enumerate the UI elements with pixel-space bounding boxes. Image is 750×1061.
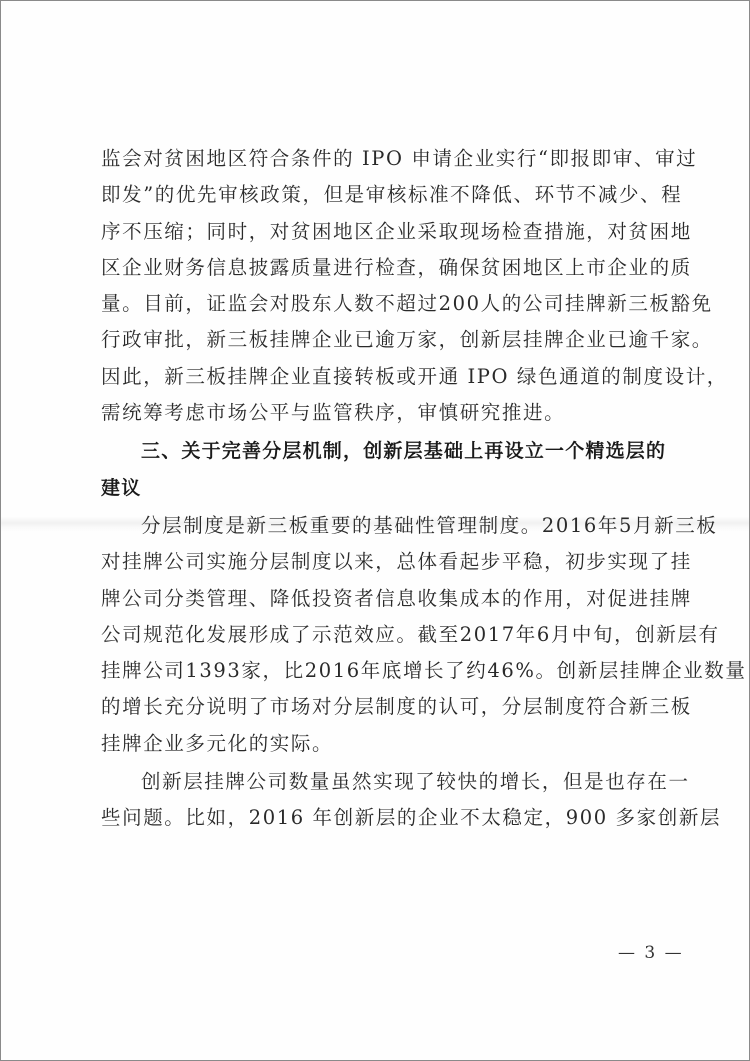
document-body: 监会对贫困地区符合条件的 IPO 申请企业实行“即报即审、审过 即发”的优先审核… [101,141,653,837]
section-heading-line: 三、关于完善分层机制，创新层基础上再设立一个精选层的 [101,433,653,469]
text-line: 挂牌公司1393家，比2016年底增长了约46%。创新层挂牌企业数量 [101,653,653,689]
paragraph-continuation: 监会对贫困地区符合条件的 IPO 申请企业实行“即报即审、审过 即发”的优先审核… [101,141,653,431]
text-line: 牌公司分类管理、降低投资者信息收集成本的作用，对促进挂牌 [101,581,653,617]
text-line: 对挂牌公司实施分层制度以来，总体看起步平稳，初步实现了挂 [101,544,653,580]
text-line: 序不压缩；同时，对贫困地区企业采取现场检查措施，对贫困地 [101,214,653,250]
text-line: 创新层挂牌公司数量虽然实现了较快的增长，但是也存在一 [101,764,653,800]
text-line: 些问题。比如，2016 年创新层的企业不太稳定，900 多家创新层 [101,800,653,836]
paragraph-3: 创新层挂牌公司数量虽然实现了较快的增长，但是也存在一 些问题。比如，2016 年… [101,764,653,837]
text-line: 因此，新三板挂牌企业直接转板或开通 IPO 绿色通道的制度设计， [101,359,653,395]
page-number: — 3 — [618,943,684,963]
section-heading: 三、关于完善分层机制，创新层基础上再设立一个精选层的 建议 [101,433,653,506]
text-line: 监会对贫困地区符合条件的 IPO 申请企业实行“即报即审、审过 [101,141,653,177]
text-line: 分层制度是新三板重要的基础性管理制度。2016年5月新三板 [101,508,653,544]
text-line: 公司规范化发展形成了示范效应。截至2017年6月中旬，创新层有 [101,617,653,653]
text-line: 量。目前，证监会对股东人数不超过200人的公司挂牌新三板豁免 [101,286,653,322]
text-line: 的增长充分说明了市场对分层制度的认可，分层制度符合新三板 [101,689,653,725]
text-line: 需统筹考虑市场公平与监管秩序，审慎研究推进。 [101,395,653,431]
text-line: 即发”的优先审核政策，但是审核标准不降低、环节不减少、程 [101,177,653,213]
text-line: 区企业财务信息披露质量进行检查，确保贫困地区上市企业的质 [101,250,653,286]
text-line: 挂牌企业多元化的实际。 [101,726,653,762]
document-page: 监会对贫困地区符合条件的 IPO 申请企业实行“即报即审、审过 即发”的优先审核… [0,0,750,1061]
paragraph-2: 分层制度是新三板重要的基础性管理制度。2016年5月新三板 对挂牌公司实施分层制… [101,508,653,762]
text-line: 行政审批，新三板挂牌企业已逾万家，创新层挂牌企业已逾千家。 [101,322,653,358]
section-heading-line: 建议 [101,470,653,506]
